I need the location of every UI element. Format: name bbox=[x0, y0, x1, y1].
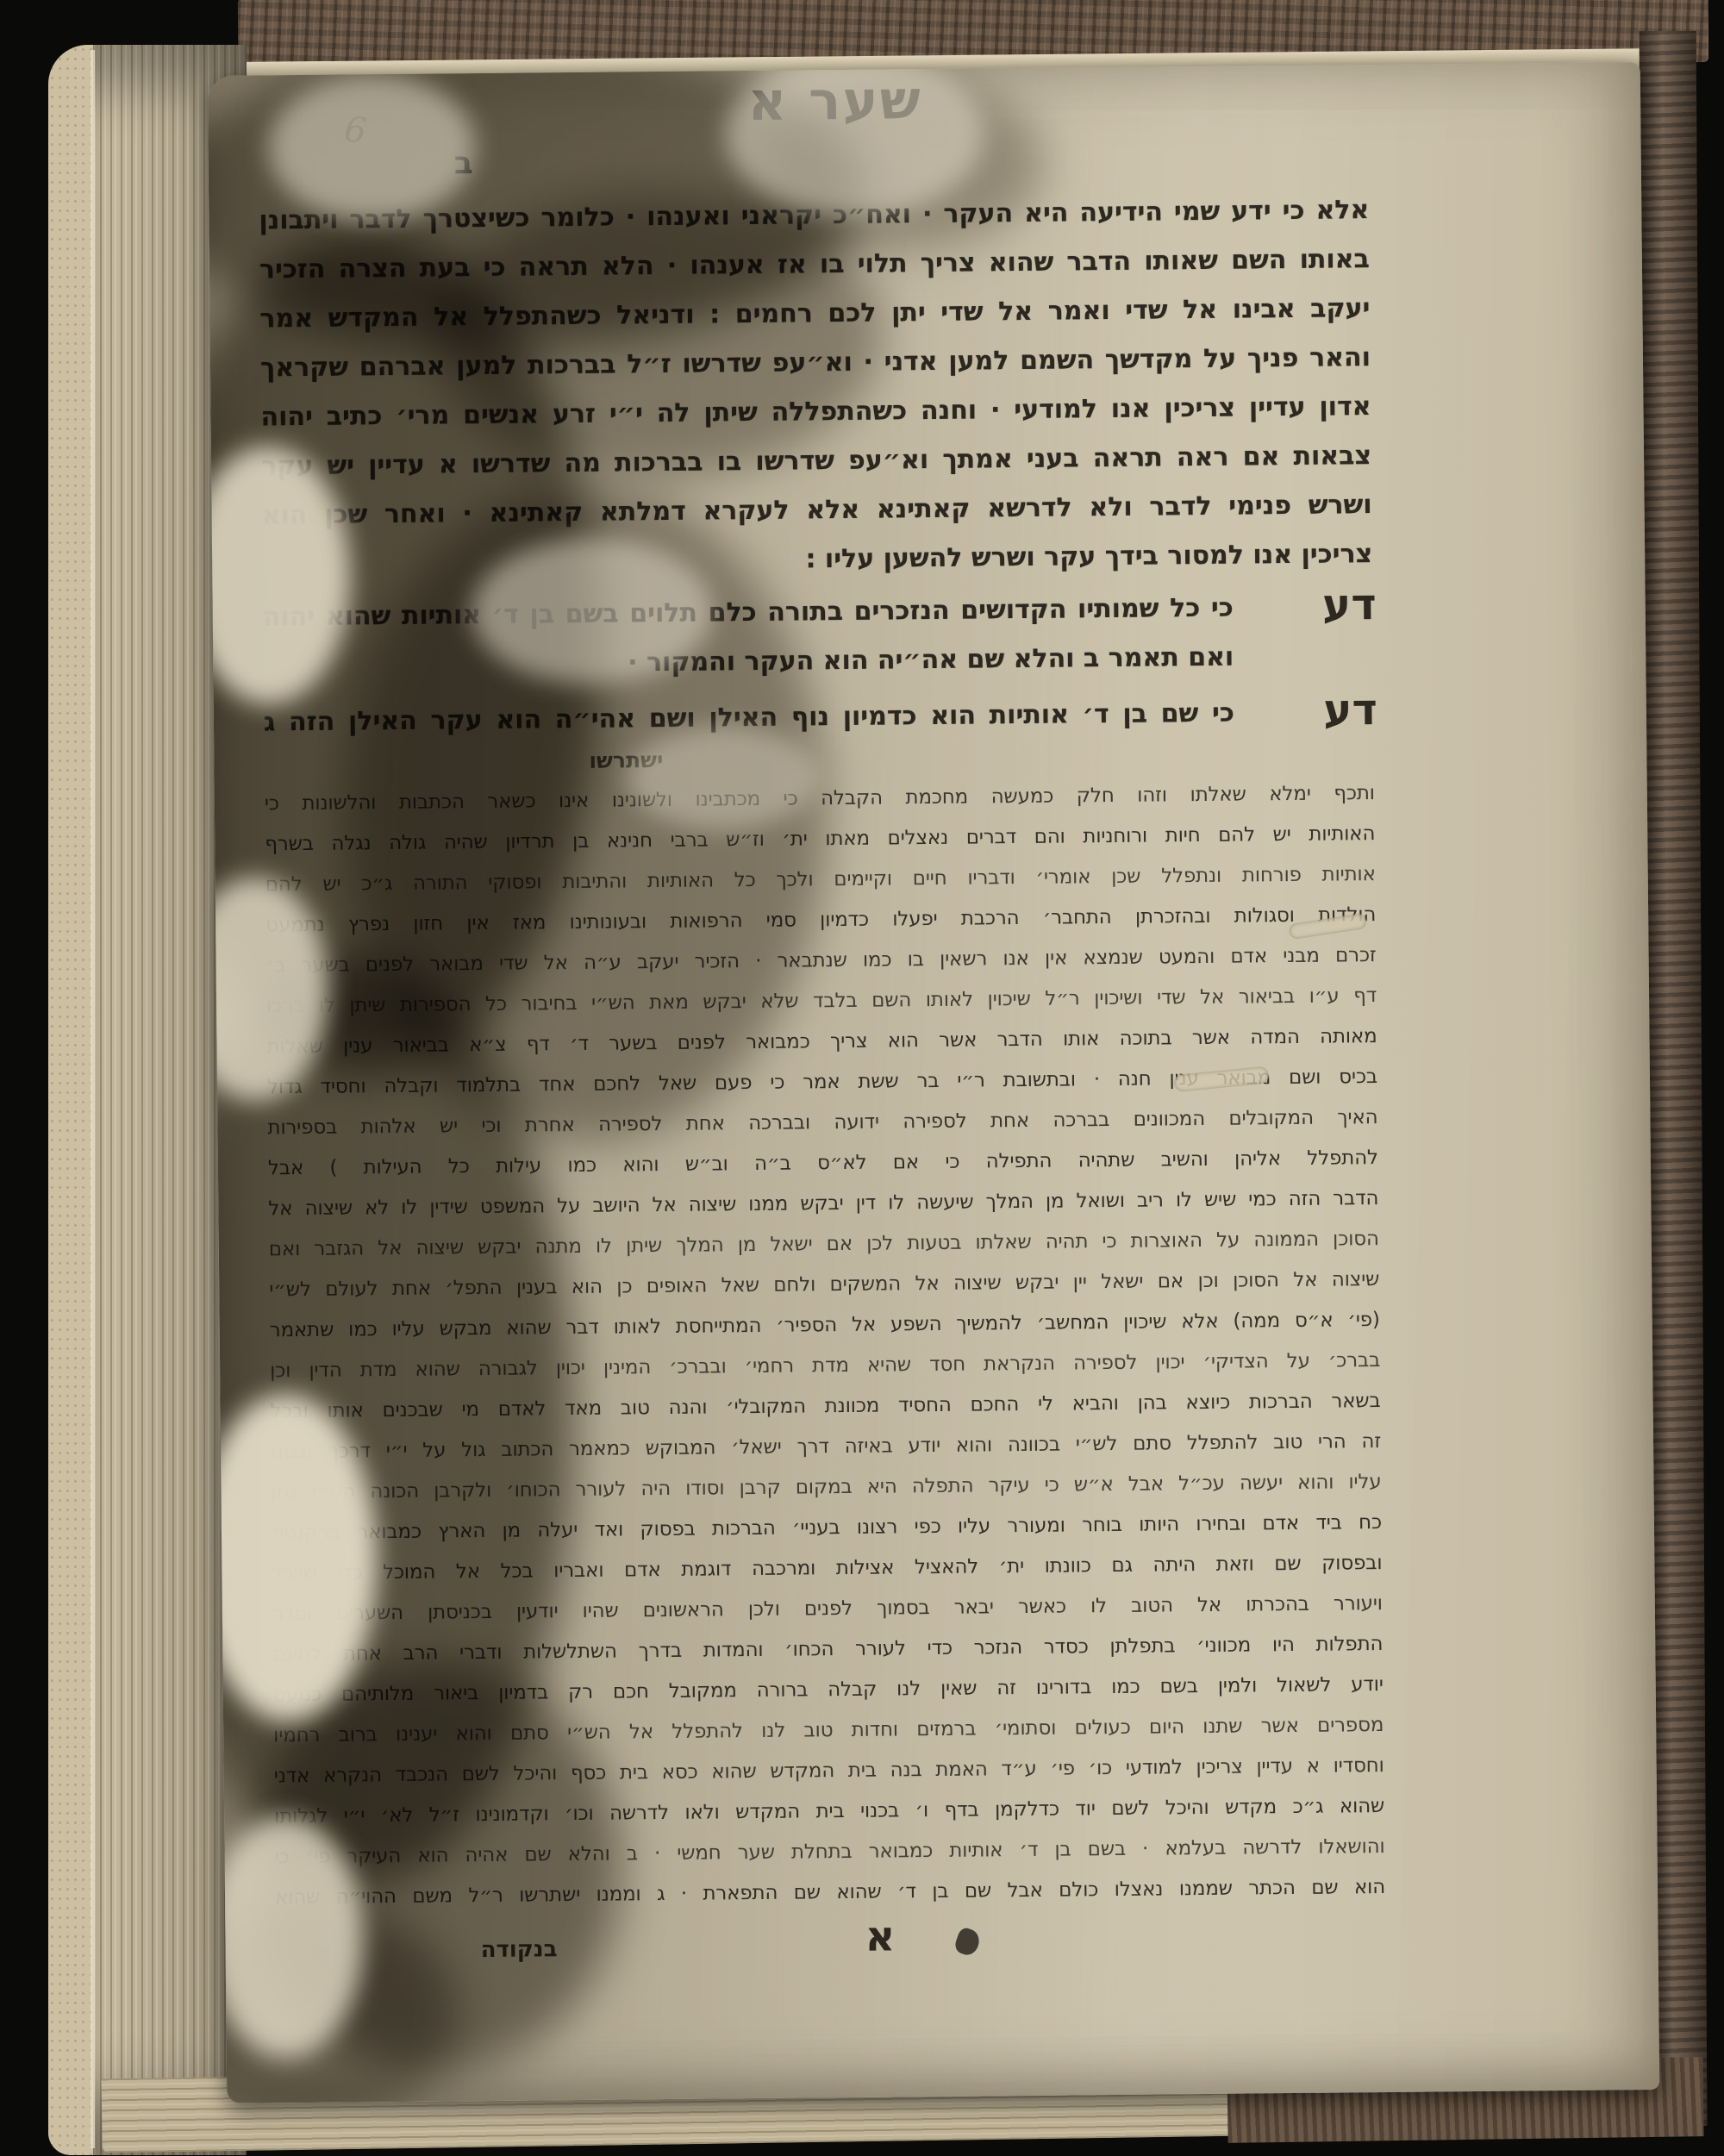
page-title: שער א bbox=[281, 65, 1390, 137]
page-stack-outer-strip bbox=[48, 45, 93, 2155]
main-paragraph-lines: אלא כי ידע שמי הידיעה היא העקר · ואח״כ י… bbox=[259, 185, 1372, 540]
water-stain bbox=[208, 1901, 460, 2103]
know-note-2: דע כי שם בן ד׳ אותיות הוא כדמיון נוף האי… bbox=[264, 687, 1374, 747]
quire-signature: א bbox=[865, 1912, 895, 1960]
know-note-2-initial: דע bbox=[1323, 682, 1377, 738]
know-note-1-initial: דע bbox=[1322, 577, 1377, 633]
know-note-2-line-1: כי שם בן ד׳ אותיות הוא כדמיון נוף האילן … bbox=[264, 689, 1234, 747]
folio-letter: ב bbox=[454, 146, 473, 181]
page-stack-highlight-line bbox=[91, 50, 95, 2148]
photo-backdrop: 6 שער א ב אלא כי ידע שמי הידיעה היא העקר… bbox=[0, 0, 1724, 2156]
commentary-block: ותכף ימלא שאלתו וזהו חלק כמעשה מחכמת הקב… bbox=[265, 773, 1386, 1918]
know-note-2-hanging-word: ישתרשו bbox=[589, 747, 663, 773]
know-note-1: דע כי כל שמותיו הקדושים הנזכרים בתורה כל… bbox=[263, 582, 1374, 691]
know-note-1-line-2: ואם תאמר ב והלא שם אה״יה הוא העקר והמקור… bbox=[263, 633, 1234, 691]
ink-blot-mark bbox=[953, 1926, 983, 1958]
book-page: 6 שער א ב אלא כי ידע שמי הידיעה היא העקר… bbox=[208, 62, 1660, 2103]
main-paragraph: אלא כי ידע שמי הידיעה היא העקר · ואח״כ י… bbox=[259, 185, 1372, 589]
catchword: בנקודה bbox=[480, 1936, 557, 1963]
